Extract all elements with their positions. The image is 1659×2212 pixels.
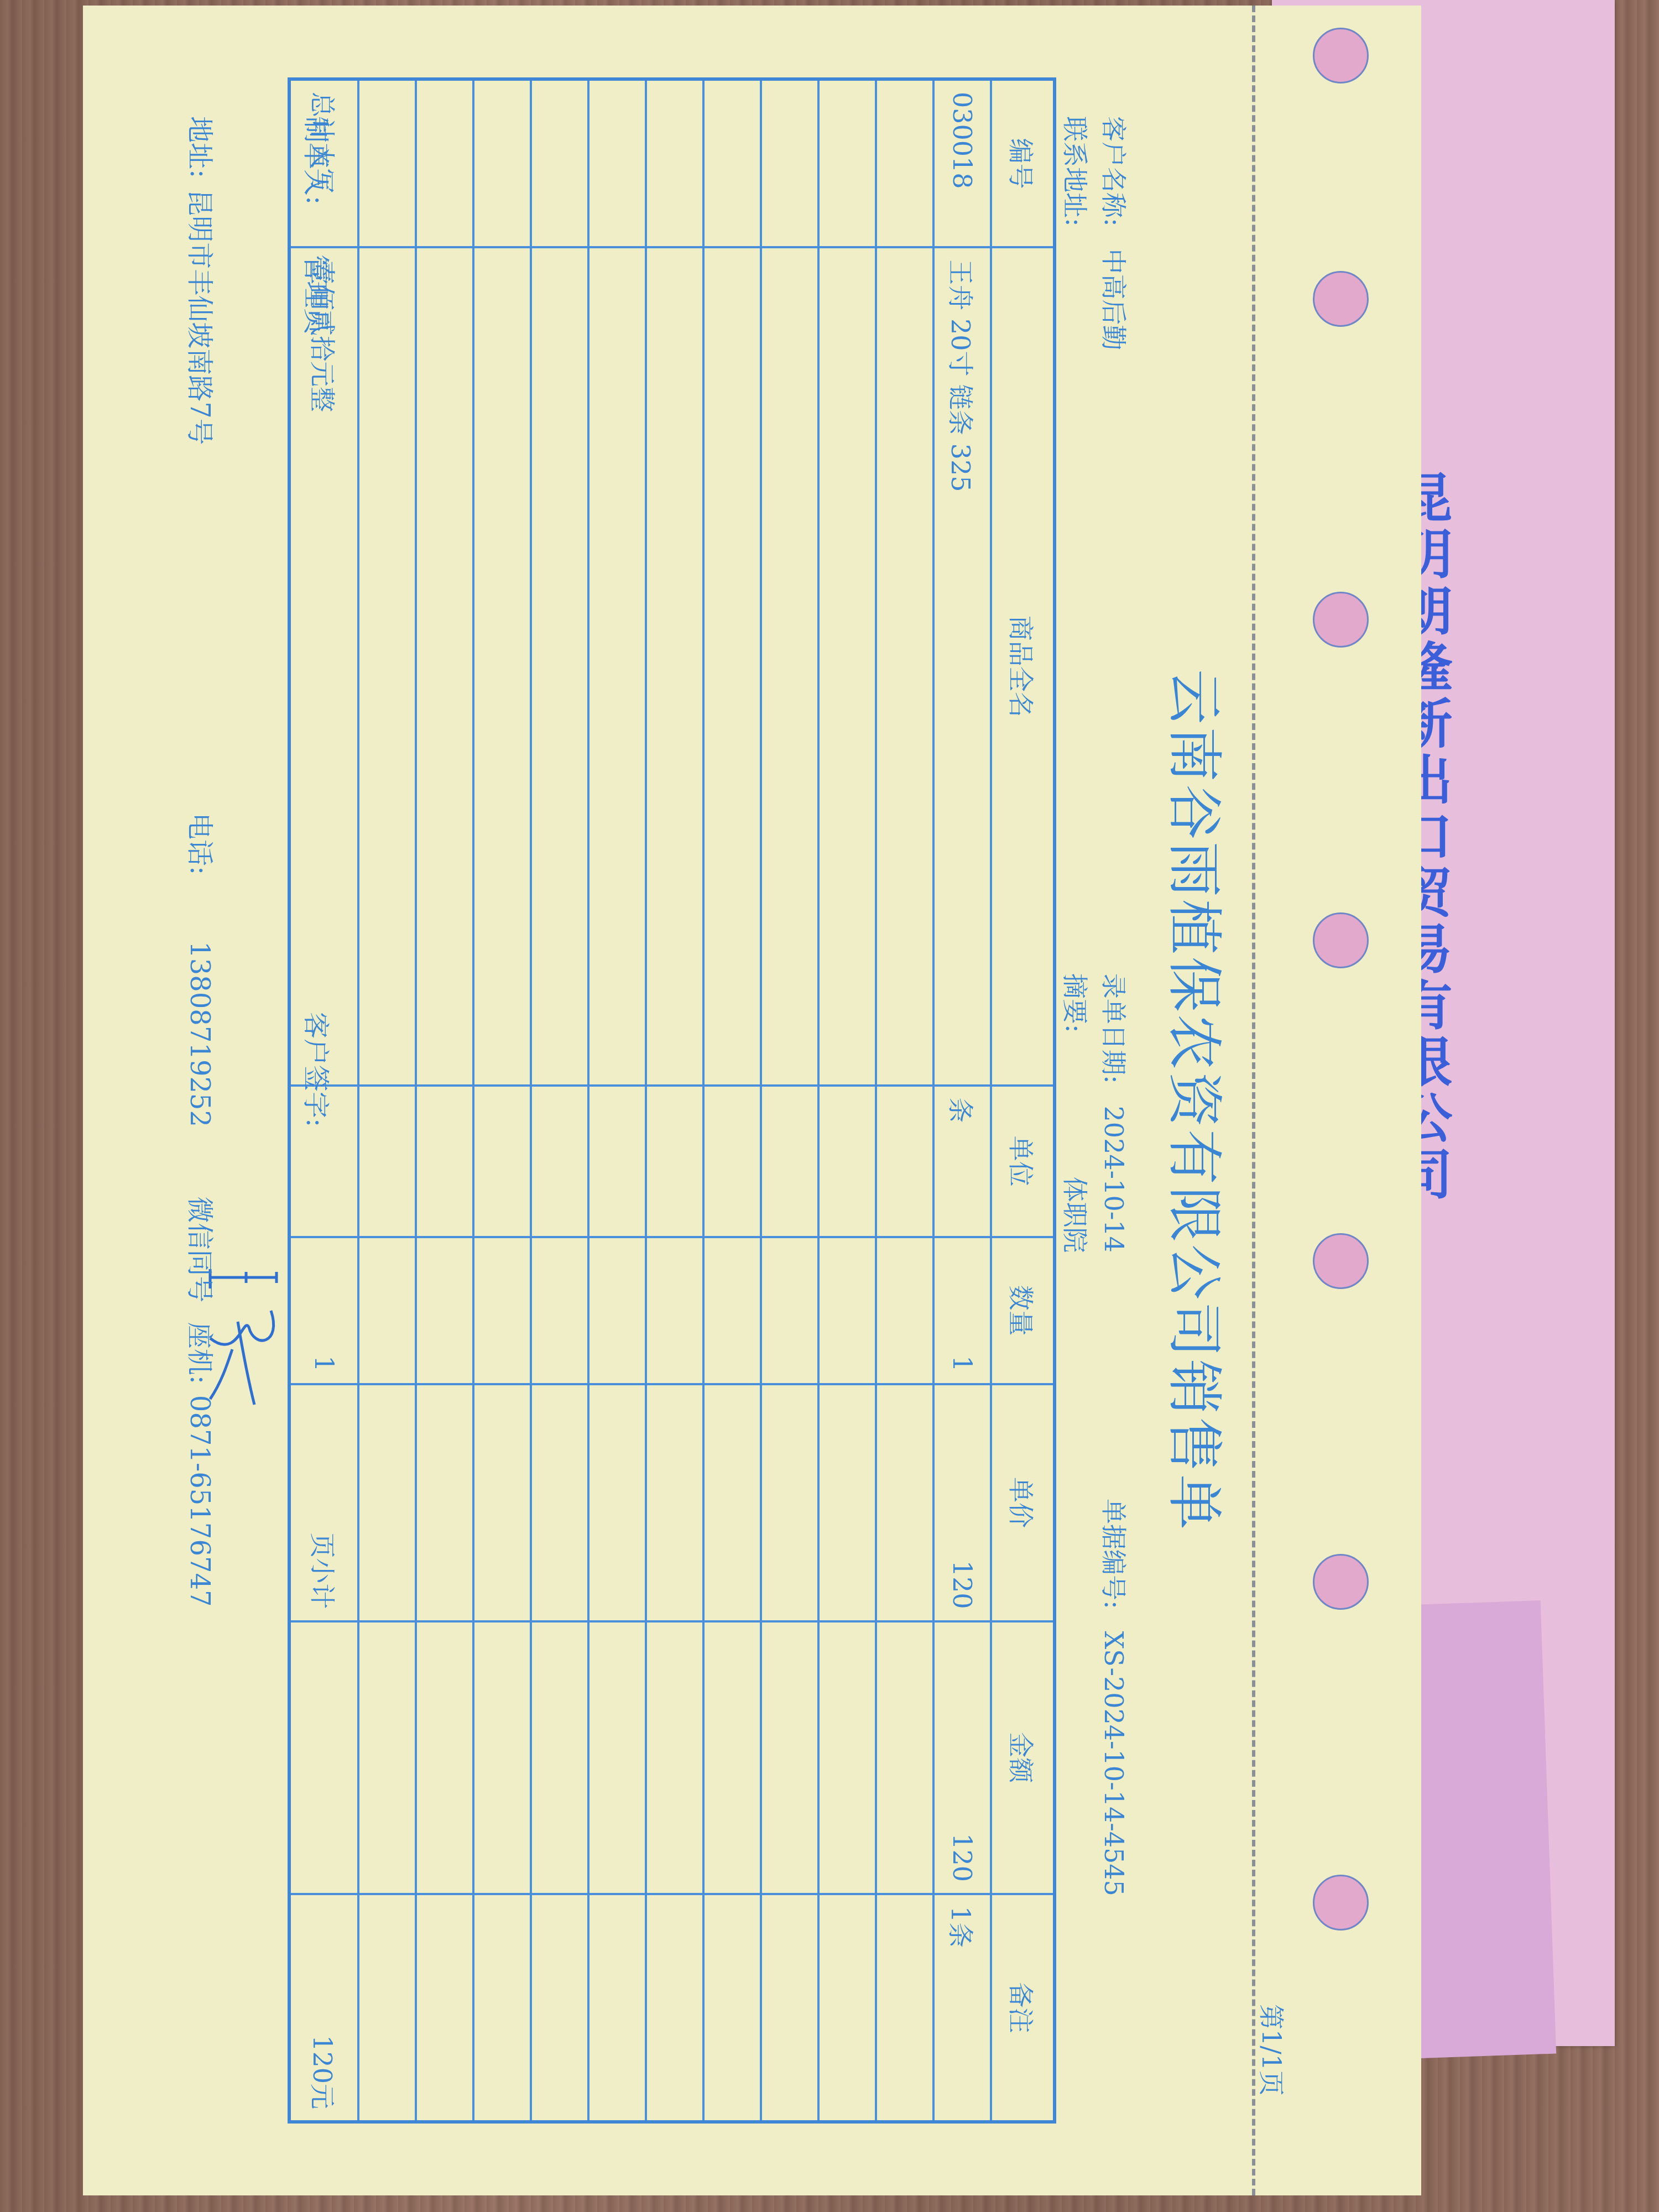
cell-price: 120 — [933, 1384, 991, 1621]
phone-value: 13808719252 — [184, 941, 215, 1127]
table-row: 030018 王舟 20寸 链条 325 条 1 120 120 1条 — [933, 79, 991, 2122]
perforation-hole-icon — [1313, 271, 1369, 327]
perforation-hole-icon — [1313, 1554, 1369, 1610]
entry-date-field: 录单日期:2024-10-14 — [1097, 973, 1134, 1253]
maker-label: 制单人: — [300, 116, 331, 205]
doc-no-value: XS-2024-10-14-4545 — [1099, 1631, 1129, 1896]
table-row-empty — [473, 79, 531, 2122]
doc-no-field: 单据编号:XS-2024-10-14-4545 — [1097, 1499, 1134, 1896]
wechat-note: 微信同号 — [184, 1196, 215, 1302]
cell-code: 030018 — [933, 79, 991, 247]
column-header-unit: 单位 — [991, 1086, 1055, 1237]
perforation-hole-icon — [1313, 912, 1369, 968]
customer-name-label: 客户名称: — [1099, 116, 1129, 227]
subtotal-amount: 120元 — [289, 1894, 358, 2122]
summary-value: 体职院 — [1060, 1177, 1090, 1253]
perforation-hole-icon — [1313, 1233, 1369, 1289]
subtotal-qty: 1 — [289, 1237, 358, 1384]
maker-value: 管理员 — [300, 254, 331, 334]
table-row-empty — [531, 79, 588, 2122]
table-row-empty — [703, 79, 761, 2122]
perforation-hole-icon — [1313, 28, 1369, 84]
table-row-empty — [416, 79, 473, 2122]
column-header-name: 商品全名 — [991, 247, 1055, 1085]
summary-label: 摘要: — [1060, 973, 1090, 1033]
perforation-strip — [1252, 6, 1421, 2195]
address-label: 联系地址: — [1060, 116, 1090, 227]
landline-value: 0871-65176747 — [184, 1395, 215, 1607]
company-address-value: 昆明市丰仙坡南路7号 — [184, 189, 215, 445]
maker-field: 制单人:管理员 — [299, 116, 337, 334]
phone-label: 电话: — [184, 813, 215, 875]
column-header-code: 编号 — [991, 79, 1055, 247]
cell-note: 1条 — [933, 1894, 991, 2122]
table-row-empty — [761, 79, 818, 2122]
company-address-field: 地址:昆明市丰仙坡南路7号 — [183, 116, 221, 445]
address-field: 联系地址: — [1058, 116, 1095, 249]
company-address-label: 地址: — [184, 116, 215, 178]
table-row-empty — [646, 79, 703, 2122]
total-upper-value: 壹佰贰拾元整 — [289, 247, 358, 1085]
entry-date-value: 2024-10-14 — [1099, 1106, 1129, 1253]
cell-amount: 120 — [933, 1621, 991, 1894]
entry-date-label: 录单日期: — [1099, 973, 1129, 1084]
table-row-empty — [876, 79, 933, 2122]
cell-name: 王舟 20寸 链条 325 — [933, 247, 991, 1085]
subtotal-label: 页小计 — [289, 1384, 358, 1621]
table-row-empty — [358, 79, 416, 2122]
column-header-qty: 数量 — [991, 1237, 1055, 1384]
table-header-row: 编号 商品全名 单位 数量 单价 金额 备注 — [991, 79, 1055, 2122]
summary-field: 摘要:体职院 — [1058, 973, 1095, 1253]
receipt-title: 云南谷雨植保农资有限公司销售单 — [1159, 6, 1239, 2195]
column-header-amount: 金额 — [991, 1621, 1055, 1894]
column-header-note: 备注 — [991, 1894, 1055, 2122]
cell-qty: 1 — [933, 1237, 991, 1384]
items-table: 编号 商品全名 单位 数量 单价 金额 备注 030018 王舟 20寸 链条 … — [288, 77, 1056, 2124]
landline-label: 座机: — [184, 1322, 215, 1384]
perforation-hole-icon — [1313, 1875, 1369, 1931]
customer-sign-label: 客户签字: — [300, 1012, 331, 1127]
page-indicator: 第1/1页 — [1255, 2004, 1291, 2096]
table-row-empty — [818, 79, 876, 2122]
doc-no-label: 单据编号: — [1099, 1499, 1129, 1609]
customer-name-value: 中高后勤 — [1099, 249, 1129, 351]
customer-name-field: 客户名称:中高后勤 — [1097, 116, 1134, 351]
phone-field: 电话:13808719252 微信同号 座机:0871-65176747 — [183, 813, 221, 1607]
customer-sign-field: 客户签字: — [299, 1012, 337, 1127]
column-header-price: 单价 — [991, 1384, 1055, 1621]
perforation-hole-icon — [1313, 592, 1369, 648]
sales-receipt: 第1/1页 云南谷雨植保农资有限公司销售单 客户名称:中高后勤 联系地址: 录单… — [83, 6, 1421, 2195]
cell-unit: 条 — [933, 1086, 991, 1237]
table-row-empty — [588, 79, 646, 2122]
